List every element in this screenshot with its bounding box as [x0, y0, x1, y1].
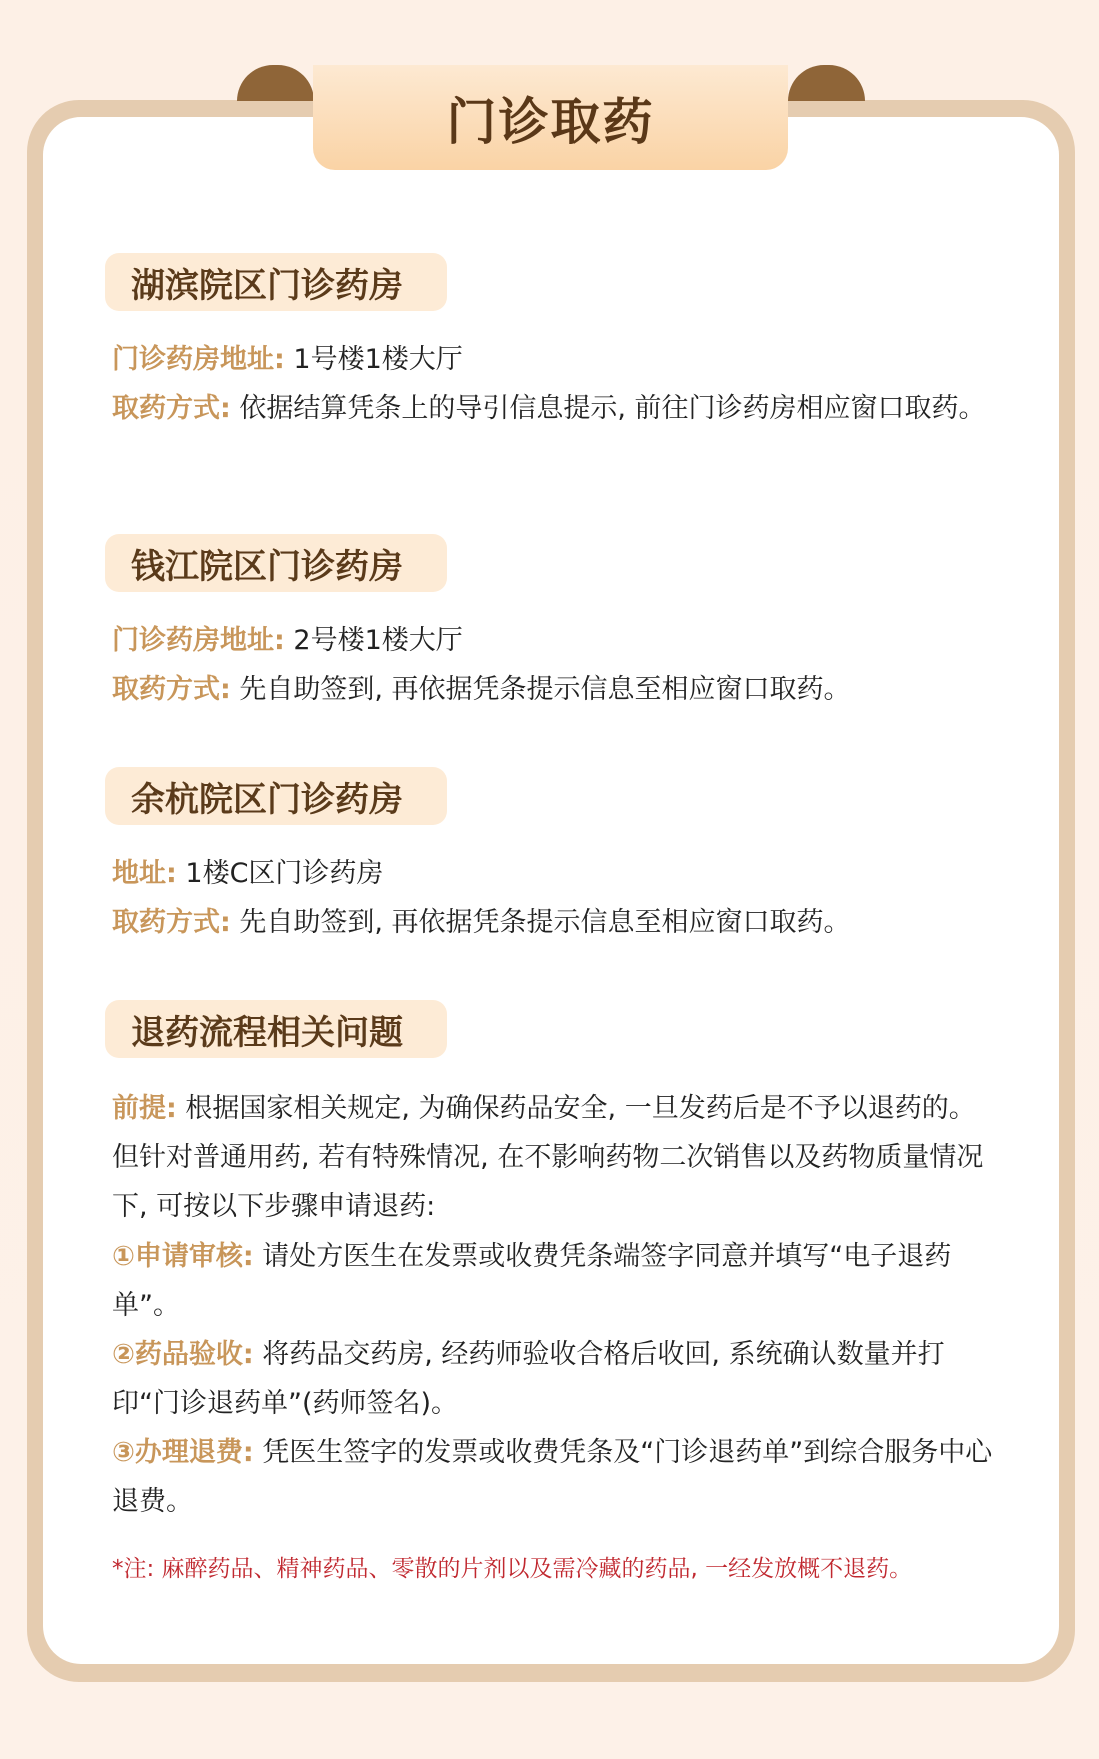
refund-note: *注: 麻醉药品、精神药品、零散的片剂以及需冷藏的药品, 一经发放概不退药。: [112, 1553, 1012, 1585]
section-heading-refund: 退药流程相关问题: [105, 1000, 447, 1058]
hubin-address: 门诊药房地址: 1号楼1楼大厅: [112, 335, 1002, 384]
refund-step-2: ②药品验收: 将药品交药房, 经药师验收合格后收回, 系统确认数量并打印“门诊退…: [112, 1330, 1002, 1428]
refund-premise: 前提: 根据国家相关规定, 为确保药品安全, 一旦发药后是不予以退药的。但针对普…: [112, 1084, 1002, 1231]
address-value: 1号楼1楼大厅: [285, 344, 463, 375]
title-tab: 门诊取药: [313, 65, 788, 170]
tab-knob-right: [788, 65, 865, 101]
refund-step-1: ①申请审核: 请处方医生在发票或收费凭条端签字同意并填写“电子退药单”。: [112, 1232, 1002, 1330]
step-1-label: ①申请审核:: [112, 1241, 254, 1272]
step-2-label: ②药品验收:: [112, 1339, 254, 1370]
yuhang-method: 取药方式: 先自助签到, 再依据凭条提示信息至相应窗口取药。: [112, 898, 1002, 947]
page-title: 门诊取药: [447, 82, 655, 154]
method-value: 先自助签到, 再依据凭条提示信息至相应窗口取药。: [231, 674, 851, 705]
method-label: 取药方式:: [112, 907, 231, 938]
qianjiang-address: 门诊药房地址: 2号楼1楼大厅: [112, 616, 1002, 665]
step-3-label: ③办理退费:: [112, 1437, 254, 1468]
address-label: 门诊药房地址:: [112, 625, 285, 656]
yuhang-address: 地址: 1楼C区门诊药房: [112, 849, 1002, 898]
section-heading-qianjiang: 钱江院区门诊药房: [105, 534, 447, 592]
premise-text: 根据国家相关规定, 为确保药品安全, 一旦发药后是不予以退药的。但针对普通用药,…: [112, 1093, 983, 1222]
address-label: 门诊药房地址:: [112, 344, 285, 375]
address-value: 1楼C区门诊药房: [177, 858, 384, 889]
qianjiang-method: 取药方式: 先自助签到, 再依据凭条提示信息至相应窗口取药。: [112, 665, 1002, 714]
hubin-method: 取药方式: 依据结算凭条上的导引信息提示, 前往门诊药房相应窗口取药。: [112, 384, 1002, 433]
section-heading-yuhang: 余杭院区门诊药房: [105, 767, 447, 825]
address-value: 2号楼1楼大厅: [285, 625, 463, 656]
page: 门诊取药 湖滨院区门诊药房 门诊药房地址: 1号楼1楼大厅 取药方式: 依据结算…: [0, 0, 1099, 1759]
method-label: 取药方式:: [112, 393, 231, 424]
section-heading-hubin: 湖滨院区门诊药房: [105, 253, 447, 311]
method-label: 取药方式:: [112, 674, 231, 705]
method-value: 依据结算凭条上的导引信息提示, 前往门诊药房相应窗口取药。: [231, 393, 986, 424]
address-label: 地址:: [112, 858, 177, 889]
refund-step-3: ③办理退费: 凭医生签字的发票或收费凭条及“门诊退药单”到综合服务中心退费。: [112, 1428, 1002, 1526]
tab-knob-left: [237, 65, 314, 101]
premise-label: 前提:: [112, 1093, 177, 1124]
method-value: 先自助签到, 再依据凭条提示信息至相应窗口取药。: [231, 907, 851, 938]
